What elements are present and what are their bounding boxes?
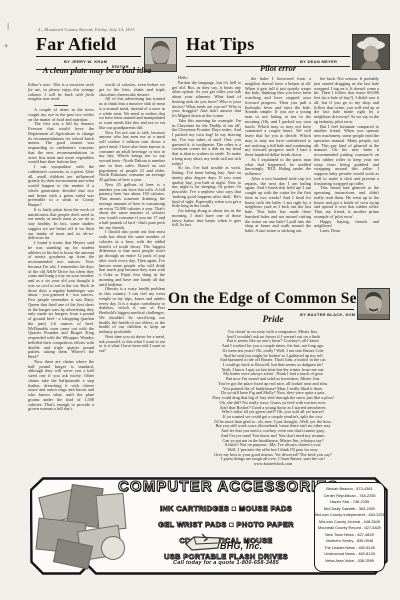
newspaper-phone-entries: Beulah Beacon - 873-4381Center Republica… [315, 486, 384, 565]
paragraph: I'm baling along at about ten in the mor… [172, 209, 241, 228]
hat-tips-column-2-text: the baler I borrowed from a neighbor doe… [245, 77, 311, 234]
paragraph: All of this advertising has trained us t… [99, 97, 165, 130]
newspaper-phone-entry: Velva Area Voice - 338-2599 [315, 558, 384, 565]
far-afield-subhead: A clean plate may be a bad idea [28, 66, 166, 75]
bhg-logo: BHG, Inc. [180, 532, 300, 558]
paragraph: After a two hundred mile trip for repair… [245, 177, 311, 234]
newspaper-phone-list: Beulah Beacon - 873-4381Center Republica… [314, 482, 385, 572]
paragraph: Now there are chains where the half poun… [28, 360, 94, 412]
paragraph: Pardon the language, but it's hell to ge… [172, 81, 241, 119]
divider-rule [186, 56, 350, 57]
paragraph: I can sympathize with the cattlemen's co… [28, 165, 94, 208]
far-afield-title: Far Afield [36, 34, 116, 55]
newspaper-phone-entry: Mountrail County Record - 627-4829 [315, 525, 384, 532]
far-afield-column-2: worth of calories, even before we get to… [99, 83, 165, 485]
paragraph: Later, Dean [314, 229, 379, 234]
paragraph: Now I'm not one to talk, because anyone … [99, 131, 165, 183]
paragraph: This friend had glanced at the operating… [314, 186, 379, 219]
paragraph: The first was a bill by Senator Everson … [28, 122, 94, 165]
ad-product-line: INK CARTRIDGES ■ MOUSE PADS [118, 505, 334, 514]
paragraph: I should also point out that most soda h… [99, 230, 165, 287]
paragraph: A couple of items in the news caught my … [28, 108, 94, 122]
paragraph: worth of calories, even before we get to… [99, 83, 165, 97]
hat-tips-column-2: the baler I borrowed from a neighbor doe… [245, 77, 311, 290]
far-afield-column-1: Editor's note: This is a vacation week f… [28, 83, 94, 485]
paragraph: the baler I borrowed from a neighbor doe… [245, 77, 311, 158]
paragraph: But I feel fortunate compared to another… [314, 125, 379, 187]
hat-tips-byline: BY DEAN MEYER [300, 59, 337, 64]
divider-rule [168, 309, 354, 310]
hat-tips-column-3-text: the back. Not serious. It probably just … [314, 77, 379, 234]
bhg-logo-text: BHG, Inc. [220, 541, 262, 551]
hat-tips-title: Hat Tips [186, 34, 254, 55]
divider-rule [36, 56, 141, 57]
paragraph: Take this morning for example. I'm in Ch… [172, 119, 241, 167]
newspaper-phone-entry: McLean County Independent - 463-2201 [315, 512, 384, 519]
meyer-portrait-photo [352, 34, 390, 70]
poem-lines: I'm closin' in on sixty with a vengeance… [160, 330, 386, 467]
ad-tagline: Call today for a quote 1-800-658-3485 [118, 560, 334, 566]
ad-headline: COMPUTER ACCESSORIES [118, 478, 334, 495]
edge-mark: + [4, 42, 8, 50]
paragraph: As I explained to the parts man what had… [245, 158, 311, 177]
hat-tips-column-1: Hello.Pardon the language, but it's hell… [172, 76, 241, 290]
newspaper-page: | + 4—Mountrail County Record, Friday, J… [0, 0, 400, 600]
paragraph: I found it ironic that Heyers said he wa… [28, 241, 94, 360]
far-afield-byline: BY JERRY W. KRAM [64, 59, 107, 64]
hat-tips-subhead: Pilot error [245, 64, 311, 73]
computer-accessories-ad: COMPUTER ACCESSORIES INK CARTRIDGES ■ MO… [30, 477, 388, 575]
hat-tips-column-3: the back. Not serious. It probably just … [314, 77, 379, 290]
poem-body: I'm closin' in on sixty with a vengeance… [160, 330, 386, 475]
far-afield-column-2-text: worth of calories, even before we get to… [99, 83, 165, 354]
paragraph: the back. Not serious. It probably just … [314, 77, 379, 125]
paragraph: It is fairly plain from the work of nutr… [28, 208, 94, 241]
hat-tips-column-1-text: Hello.Pardon the language, but it's hell… [172, 76, 241, 228]
paragraph: Obesity is a scary health problem in thi… [99, 287, 165, 335]
masthead: 4—Mountrail County Record, Friday, July … [38, 27, 135, 32]
editors-note: Editor's note: This is a vacation week f… [28, 83, 94, 102]
common-sense-title: On the Edge of Common Sense [168, 290, 379, 308]
poem-title: Pride [168, 315, 378, 325]
far-afield-column-1-text: A couple of items in the news caught my … [28, 108, 94, 412]
note-divider [54, 105, 68, 106]
paragraph: Next time you sit down for a meal, ask y… [99, 335, 165, 354]
ad-product-line: GEL WRIST PADS ■ PHOTO PAPER [118, 521, 334, 530]
paragraph: Now 45 gallons of beer is a number you c… [99, 183, 165, 231]
paragraph: So far, I've had trouble at work. Baling… [172, 166, 241, 209]
edge-mark: | [6, 22, 10, 30]
poem-line: www.baxterblack.com [160, 462, 386, 467]
